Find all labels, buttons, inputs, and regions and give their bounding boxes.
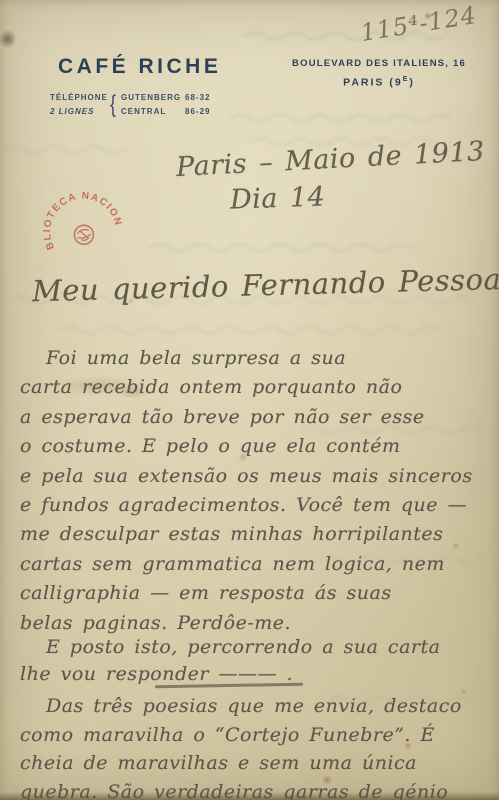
letter-line: me desculpar estas minhas horripilantes	[20, 520, 473, 549]
brace-glyph: {	[110, 90, 117, 118]
lines-label: 2 LIGNES	[50, 107, 110, 116]
letter-line: cartas sem grammatica nem logica, nem	[20, 550, 473, 579]
letterhead-brand: CAFÉ RICHE	[58, 55, 221, 79]
letter-line: calligraphia — em resposta ás suas	[20, 579, 473, 608]
letter-scan: 115⁴-124 CAFÉ RICHE TÉLÉPHONE 2 LIGNES {…	[0, 0, 499, 800]
stamp-text: BIBLIOTECA NACIONAL	[33, 179, 125, 253]
letter-line: Das três poesias que me envia, destaco	[20, 692, 462, 721]
phone-number: 68-32	[185, 93, 210, 102]
letter-line: a esperava tão breve por não ser esse	[20, 403, 473, 432]
letter-line: carta recebida ontem porquanto não	[20, 373, 473, 402]
letter-line: e fundos agradecimentos. Você tem que —	[20, 491, 473, 520]
city-prefix: PARIS (9	[343, 77, 403, 89]
letter-line: Foi uma bela surpresa a sua	[20, 344, 473, 373]
letter-paragraph-2: E posto isto, percorrendo a sua carta lh…	[20, 634, 440, 688]
archive-number: 115⁴-124	[358, 1, 478, 47]
stamp-emblem	[72, 223, 96, 247]
letter-line: como maravilha o “Cortejo Funebre”. É	[20, 721, 462, 750]
letter-paragraph-1: Foi uma bela surpresa a sua carta recebi…	[20, 344, 473, 638]
letter-line: cheia de maravilhas e sem uma única	[20, 749, 462, 778]
scan-bottom-edge	[0, 792, 499, 800]
letter-line: E posto isto, percorrendo a sua carta	[20, 634, 440, 661]
phone-number: 86-29	[185, 107, 210, 116]
exchange-name: GUTENBERG	[121, 93, 185, 102]
biblioteca-nacional-stamp: BIBLIOTECA NACIONAL	[33, 179, 132, 278]
phone-label: TÉLÉPHONE	[50, 93, 110, 102]
city-line: PARIS (9E)	[286, 76, 472, 89]
dateline-day: Dia 14	[229, 181, 325, 215]
letter-paragraph-3: Das três poesias que me envia, destaco c…	[20, 692, 462, 800]
svg-text:BIBLIOTECA NACIONAL: BIBLIOTECA NACIONAL	[33, 179, 125, 253]
salutation: Meu querido Fernando Pessoa,	[32, 262, 499, 309]
city-suffix: )	[409, 77, 415, 89]
letter-line: e pela sua extensão os meus mais sincero…	[20, 462, 473, 491]
exchange-name: CENTRAL	[121, 107, 185, 116]
letterhead-phone-block: TÉLÉPHONE 2 LIGNES { GUTENBERG CENTRAL 6…	[50, 93, 210, 116]
letterhead-address-block: BOULEVARD DES ITALIENS, 16 PARIS (9E)	[286, 58, 472, 89]
letter-line: o costume. E pelo o que ela contém	[20, 432, 473, 461]
street-address: BOULEVARD DES ITALIENS, 16	[286, 58, 472, 69]
dateline-place: Paris – Maio de 1913	[175, 136, 485, 183]
